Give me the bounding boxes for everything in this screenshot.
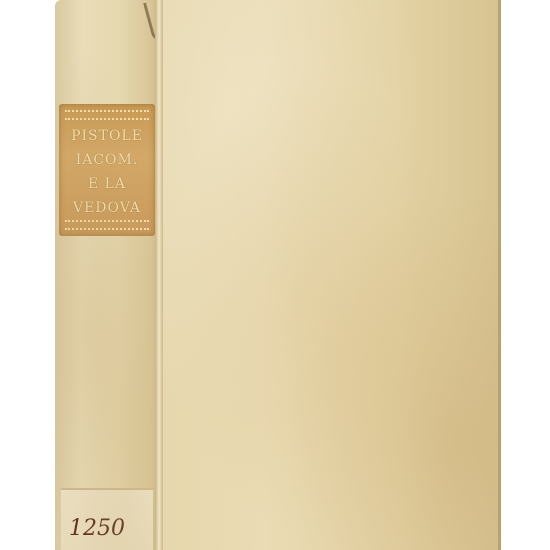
shelf-mark-label: 1250 bbox=[61, 488, 153, 550]
spine-title-line-3: E LA bbox=[59, 172, 155, 196]
book: PISTOLE IACOM. E LA VEDOVA 1250 bbox=[55, 0, 501, 550]
cover-edge bbox=[498, 0, 501, 550]
spine-title-label: PISTOLE IACOM. E LA VEDOVA bbox=[59, 104, 155, 236]
spine-title-line-1: PISTOLE bbox=[59, 124, 155, 148]
label-ornament-bottom bbox=[65, 220, 149, 230]
spine-title-line-4: VEDOVA bbox=[59, 196, 155, 220]
spine-hinge bbox=[155, 0, 163, 550]
shelf-mark-number: 1250 bbox=[69, 516, 125, 541]
book-front-cover bbox=[161, 0, 501, 550]
book-spine: PISTOLE IACOM. E LA VEDOVA 1250 bbox=[55, 0, 161, 550]
spine-title-line-2: IACOM. bbox=[59, 148, 155, 172]
label-ornament-top bbox=[65, 110, 149, 120]
